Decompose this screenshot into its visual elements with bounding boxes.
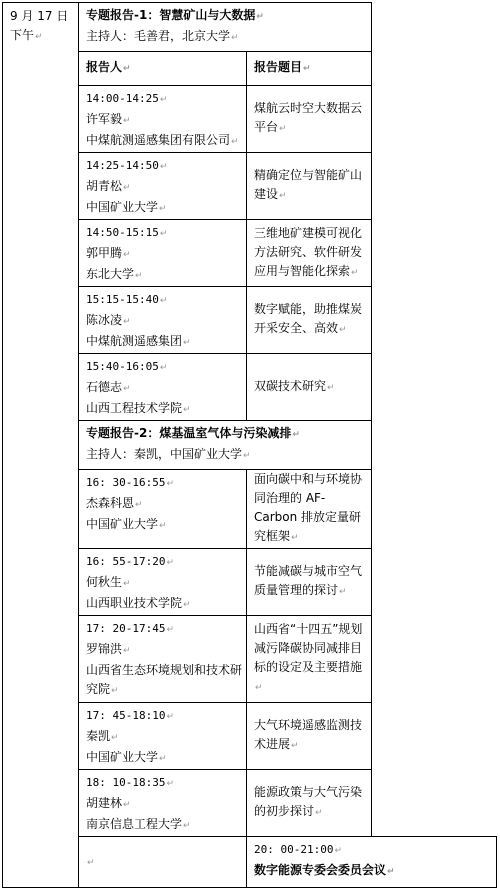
afternoon-label: 下午	[10, 28, 34, 42]
talk-topic: 大气环境遥感监测技术进展	[254, 718, 362, 751]
speaker-affiliation: 东北大学	[86, 267, 134, 281]
session-2-title: 专题报告-2：煤基温室气体与污染减排	[86, 426, 291, 440]
schedule-page: 9 月 17 日 下午↵ 专题报告-1：智慧矿山与大数据↵ 主持人：毛善君，北京…	[2, 2, 497, 888]
speaker-name: 郭甲腾	[86, 246, 122, 260]
speaker-affiliation: 中煤航测遥感集团有限公司	[86, 133, 230, 147]
paragraph-mark-icon: ↵	[87, 858, 95, 868]
speaker-name: 石德志	[86, 380, 122, 394]
topic-cell: 数字赋能，助推煤炭开采安全、高效↵	[247, 287, 372, 354]
evening-cell: 20: 00-21:00↵ 数字能源专委会委员会议↵	[247, 837, 497, 888]
speaker-cell: 18: 10-18:35↵ 胡建林↵ 南京信息工程大学↵	[79, 770, 247, 837]
talk-time: 15:40-16:05	[86, 360, 159, 373]
speaker-name: 陈冰凌	[86, 313, 122, 327]
speaker-cell: 17: 45-18:10↵ 秦凯↵ 中国矿业大学↵	[79, 703, 247, 770]
talk-topic: 煤航云时空大数据云平台	[254, 101, 362, 134]
session-1-header: 专题报告-1：智慧矿山与大数据↵ 主持人：毛善君，北京大学↵	[79, 3, 372, 52]
speaker-cell: 15:15-15:40↵ 陈冰凌↵ 中煤航测遥感集团↵	[79, 287, 247, 354]
talk-time: 14:25-14:50	[86, 159, 159, 172]
session-2-header: 专题报告-2：煤基温室气体与污染减排↵ 主持人：秦凯，中国矿业大学↵	[79, 421, 372, 470]
talk-topic: 山西省“十四五”规划减污降碳协同减排目标的设定及主要措施	[254, 622, 362, 674]
topic-cell: 大气环境遥感监测技术进展↵	[247, 703, 372, 770]
speaker-cell: 14:00-14:25↵ 许军毅↵ 中煤航测遥感集团有限公司↵	[79, 86, 247, 153]
speaker-cell: 16: 55-17:20↵ 何秋生↵ 山西职业技术学院↵	[79, 549, 247, 616]
paragraph-mark-icon: ↵	[123, 64, 131, 74]
session-1-title: 专题报告-1：智慧矿山与大数据	[86, 8, 255, 22]
speaker-cell: 14:25-14:50↵ 胡青松↵ 中国矿业大学↵	[79, 153, 247, 220]
column-header-speaker: 报告人↵	[79, 52, 247, 86]
talk-time: 16: 30-16:55	[86, 476, 165, 489]
speaker-name: 胡青松	[86, 179, 122, 193]
talk-topic: 能源政策与大气污染的初步探讨	[254, 785, 362, 818]
session-1-host: 主持人：毛善君，北京大学	[86, 29, 230, 43]
column-header-topic: 报告题目↵	[247, 52, 372, 86]
speaker-affiliation: 中国矿业大学	[86, 517, 158, 531]
topic-cell: 煤航云时空大数据云平台↵	[247, 86, 372, 153]
topic-cell: 能源政策与大气污染的初步探讨↵	[247, 770, 372, 837]
paragraph-mark-icon: ↵	[256, 12, 264, 22]
speaker-name: 杰森科恩	[86, 496, 134, 510]
talk-topic: 面向碳中和与环境协同治理的 AF-Carbon 排放定量研究框架	[254, 472, 362, 543]
date-cell: 9 月 17 日 下午↵	[3, 3, 79, 888]
talk-time: 14:50-15:15	[86, 226, 159, 239]
topic-cell: 面向碳中和与环境协同治理的 AF-Carbon 排放定量研究框架↵	[247, 470, 372, 549]
talk-time: 14:00-14:25	[86, 92, 159, 105]
talk-time: 16: 55-17:20	[86, 555, 165, 568]
speaker-name: 秦凯	[86, 729, 110, 743]
speaker-cell: 14:50-15:15↵ 郭甲腾↵ 东北大学↵	[79, 220, 247, 287]
speaker-name: 胡建林	[86, 796, 122, 810]
talk-topic: 三维地矿建模可视化方法研究、软件研发应用与智能化探索	[254, 226, 362, 278]
speaker-cell: 15:40-16:05↵ 石德志↵ 山西工程技术学院↵	[79, 354, 247, 421]
paragraph-mark-icon: ↵	[35, 32, 43, 42]
talk-time: 17: 45-18:10	[86, 709, 165, 722]
topic-cell: 节能减碳与城市空气质量管理的探讨↵	[247, 549, 372, 616]
speaker-affiliation: 山西省生态环境规划和技术研究院	[86, 663, 242, 696]
talk-time: 15:15-15:40	[86, 293, 159, 306]
talk-time: 18: 10-18:35	[86, 776, 165, 789]
speaker-affiliation: 山西职业技术学院	[86, 596, 182, 610]
session-2-host: 主持人：秦凯，中国矿业大学	[86, 447, 242, 461]
speaker-affiliation: 中国矿业大学	[86, 750, 158, 764]
empty-date-cell: ↵	[79, 837, 247, 888]
speaker-affiliation: 山西工程技术学院	[86, 401, 182, 415]
paragraph-mark-icon: ↵	[303, 64, 311, 74]
date-label: 9 月 17 日	[10, 7, 78, 26]
topic-cell: 双碳技术研究↵	[247, 354, 372, 421]
speaker-affiliation: 中国矿业大学	[86, 200, 158, 214]
speaker-cell: 16: 30-16:55↵ 杰森科恩↵ 中国矿业大学↵	[79, 470, 247, 549]
talk-time: 17: 20-17:45	[86, 622, 165, 635]
speaker-name: 何秋生	[86, 575, 122, 589]
speaker-name: 许军毅	[86, 112, 122, 126]
speaker-cell: 17: 20-17:45↵ 罗锦洪↵ 山西省生态环境规划和技术研究院↵	[79, 616, 247, 703]
paragraph-mark-icon: ↵	[231, 33, 239, 43]
talk-topic: 双碳技术研究	[254, 379, 326, 393]
schedule-table: 9 月 17 日 下午↵ 专题报告-1：智慧矿山与大数据↵ 主持人：毛善君，北京…	[2, 2, 497, 888]
topic-cell: 三维地矿建模可视化方法研究、软件研发应用与智能化探索↵	[247, 220, 372, 287]
talk-topic: 精确定位与智能矿山建设	[254, 168, 362, 201]
speaker-name: 罗锦洪	[86, 642, 122, 656]
topic-cell: 山西省“十四五”规划减污降碳协同减排目标的设定及主要措施↵	[247, 616, 372, 703]
evening-title: 数字能源专委会委员会议	[254, 863, 386, 877]
speaker-affiliation: 中煤航测遥感集团	[86, 334, 182, 348]
topic-cell: 精确定位与智能矿山建设↵	[247, 153, 372, 220]
evening-time: 20: 00-21:00	[254, 843, 333, 856]
speaker-affiliation: 南京信息工程大学	[86, 817, 182, 831]
